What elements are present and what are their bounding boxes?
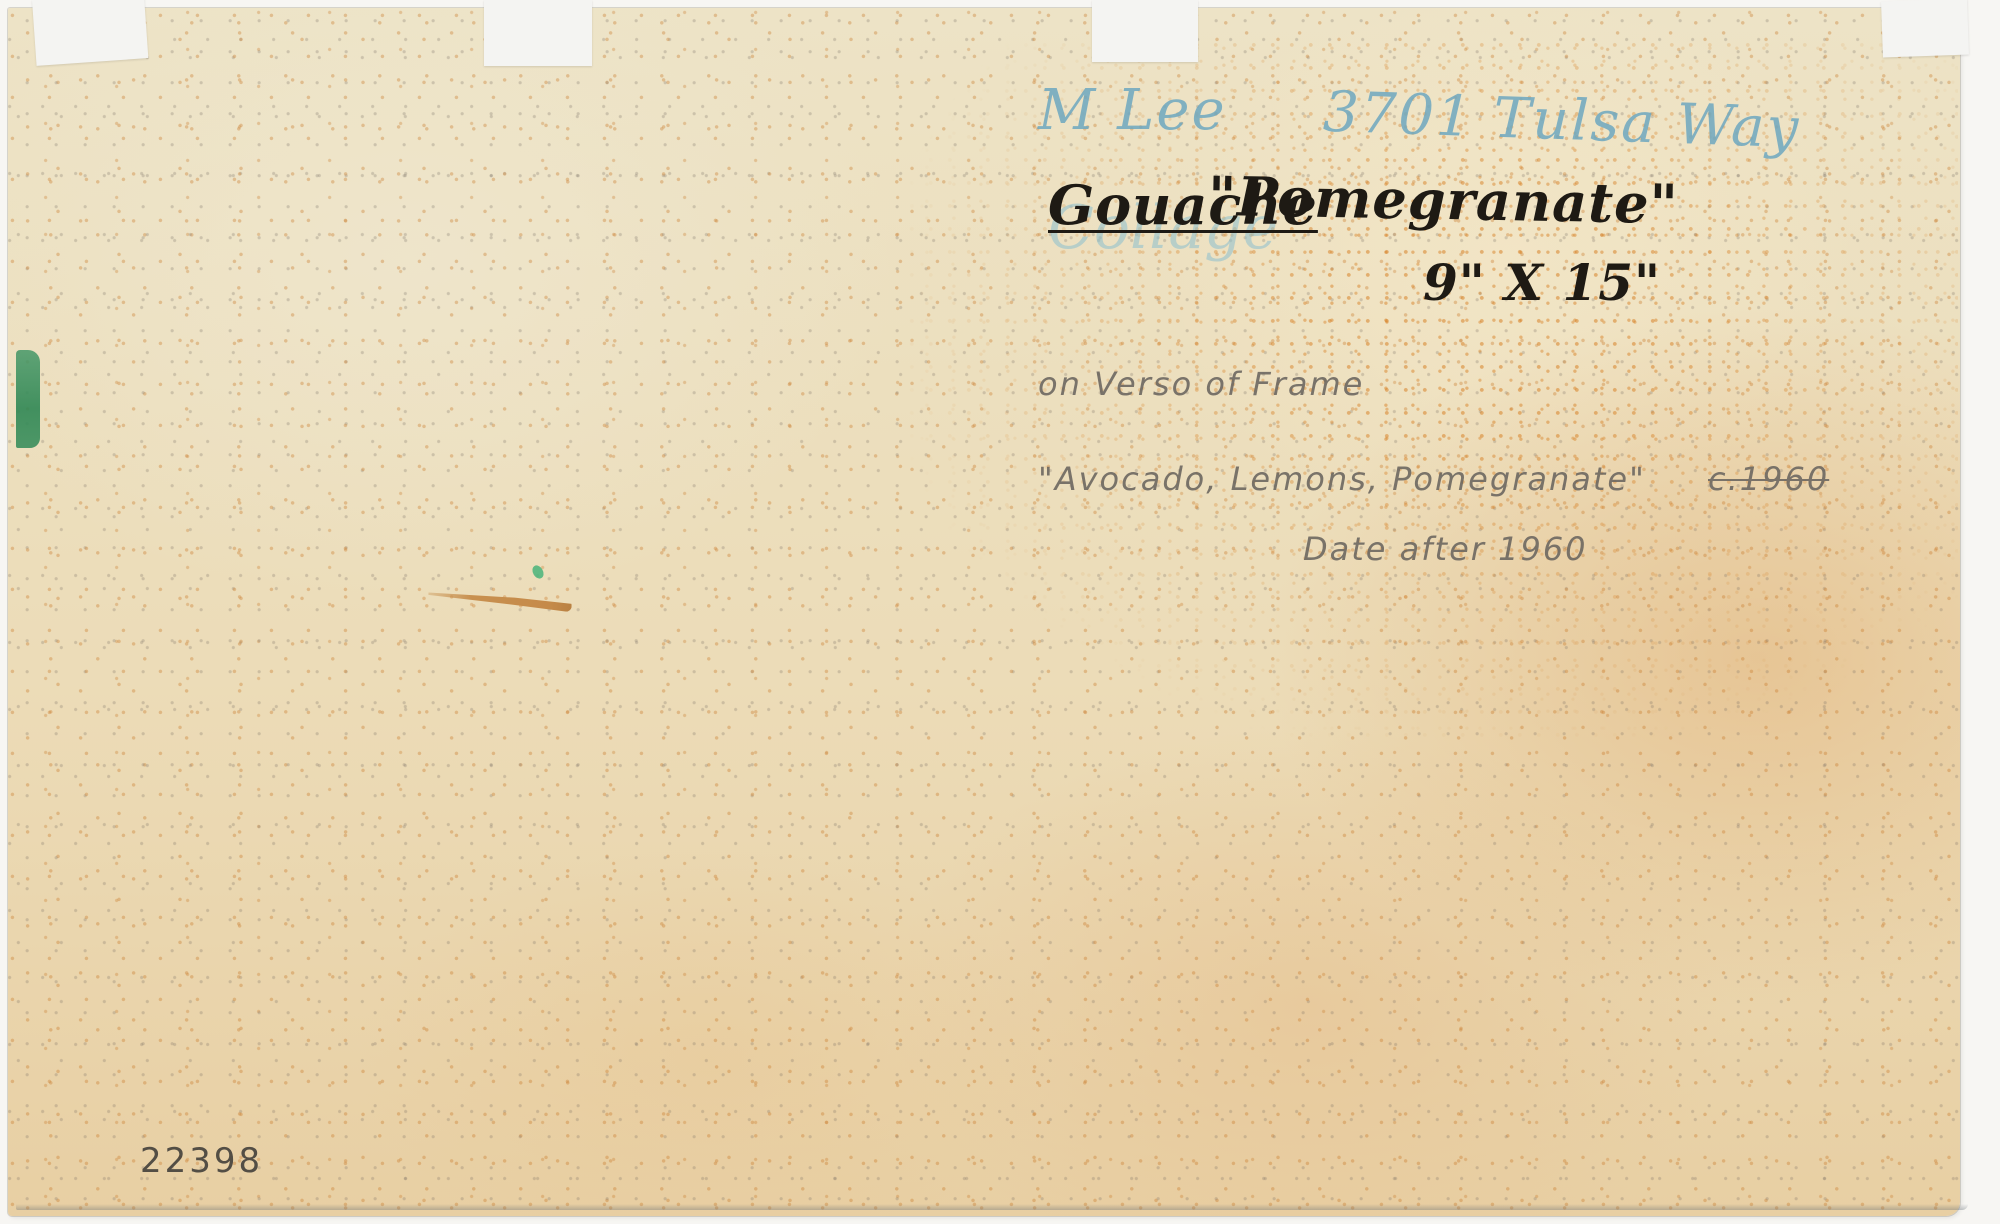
artwork-dimensions: 9" X 15" — [1423, 258, 1661, 308]
tape-hinge — [484, 0, 592, 66]
tape-hinge — [1092, 0, 1198, 62]
green-paint-dot — [530, 563, 546, 580]
paper-sheet: M Lee 3701 Tulsa Way Collage Gouache "Po… — [8, 8, 1960, 1216]
tape-hinge — [32, 0, 148, 66]
inventory-number: 22398 — [140, 1144, 263, 1178]
artist-address: 3701 Tulsa Way — [1322, 85, 1801, 158]
artist-name: M Lee — [1038, 83, 1227, 139]
artwork-title: "Pomegranate" — [1208, 169, 1680, 231]
pencil-note-alt-title: "Avocado, Lemons, Pomegranate" — [1038, 463, 1646, 495]
paper-bottom-edge — [16, 1204, 1968, 1210]
tape-hinge — [1881, 0, 1969, 57]
green-paint-stain — [16, 350, 40, 448]
pencil-note-struck-date: c.1960 — [1708, 463, 1829, 495]
pencil-note-verso-of-frame: on Verso of Frame — [1038, 368, 1364, 400]
photo-stage: M Lee 3701 Tulsa Way Collage Gouache "Po… — [0, 0, 2000, 1224]
brown-paint-streak — [428, 588, 572, 613]
pencil-note-date: Date after 1960 — [1303, 533, 1588, 565]
